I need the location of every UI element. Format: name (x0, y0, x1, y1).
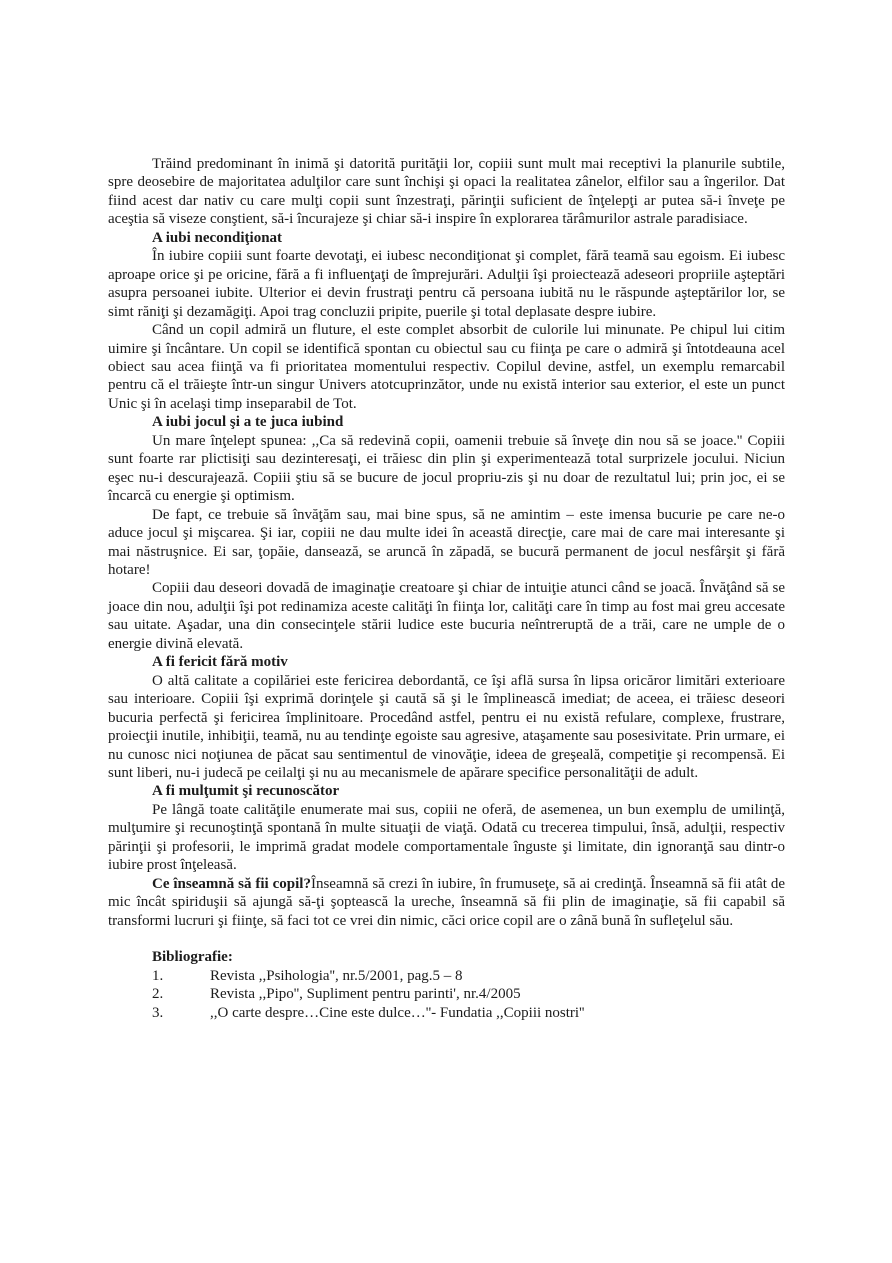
paragraph-de-fapt: De fapt, ce trebuie să învăţăm sau, mai … (108, 506, 785, 580)
bibliography-item-number: 1. (152, 967, 210, 985)
bibliography-item: 2. Revista ,,Pipo'', Supliment pentru pa… (108, 985, 785, 1003)
bibliography-item: 1. Revista ,,Psihologia'', nr.5/2001, pa… (108, 967, 785, 985)
bibliography-title: Bibliografie: (108, 948, 785, 966)
bibliography-item-text: Revista ,,Pipo'', Supliment pentru parin… (210, 985, 785, 1003)
paragraph-intro: Trăind predominant în inimă şi datorită … (108, 155, 785, 229)
section-heading-a-fi-multumit: A fi mulţumit şi recunoscător (108, 782, 785, 800)
section-heading-a-iubi-jocul: A iubi jocul şi a te juca iubind (108, 413, 785, 431)
paragraph-pe-langa: Pe lângă toate calităţile enumerate mai … (108, 801, 785, 875)
section-heading-a-iubi-neconditionat: A iubi necondiţionat (108, 229, 785, 247)
paragraph-o-alta-calitate: O altă calitate a copilăriei este ferici… (108, 672, 785, 783)
bibliography-section: Bibliografie: 1. Revista ,,Psihologia'',… (108, 948, 785, 1022)
bibliography-item: 3. ,,O carte despre…Cine este dulce…''- … (108, 1004, 785, 1022)
bibliography-item-number: 3. (152, 1004, 210, 1022)
document-page: Trăind predominant în inimă şi datorită … (0, 0, 892, 1263)
bibliography-item-text: Revista ,,Psihologia'', nr.5/2001, pag.5… (210, 967, 785, 985)
paragraph-in-iubire: În iubire copiii sunt foarte devotaţi, e… (108, 247, 785, 321)
question-lead: Ce înseamnă să fii copil? (152, 876, 311, 892)
paragraph-ce-inseamna: Ce înseamnă să fii copil?Înseamnă să cre… (108, 875, 785, 930)
paragraph-un-mare-intelept: Un mare înţelept spunea: ,,Ca să redevin… (108, 432, 785, 506)
paragraph-cand-un-copil: Când un copil admiră un fluture, el este… (108, 321, 785, 413)
bibliography-item-text: ,,O carte despre…Cine este dulce…''- Fun… (210, 1004, 785, 1022)
paragraph-copiii-dau-deseori: Copiii dau deseori dovadă de imaginaţie … (108, 579, 785, 653)
bibliography-item-number: 2. (152, 985, 210, 1003)
section-heading-a-fi-fericit: A fi fericit fără motiv (108, 653, 785, 671)
